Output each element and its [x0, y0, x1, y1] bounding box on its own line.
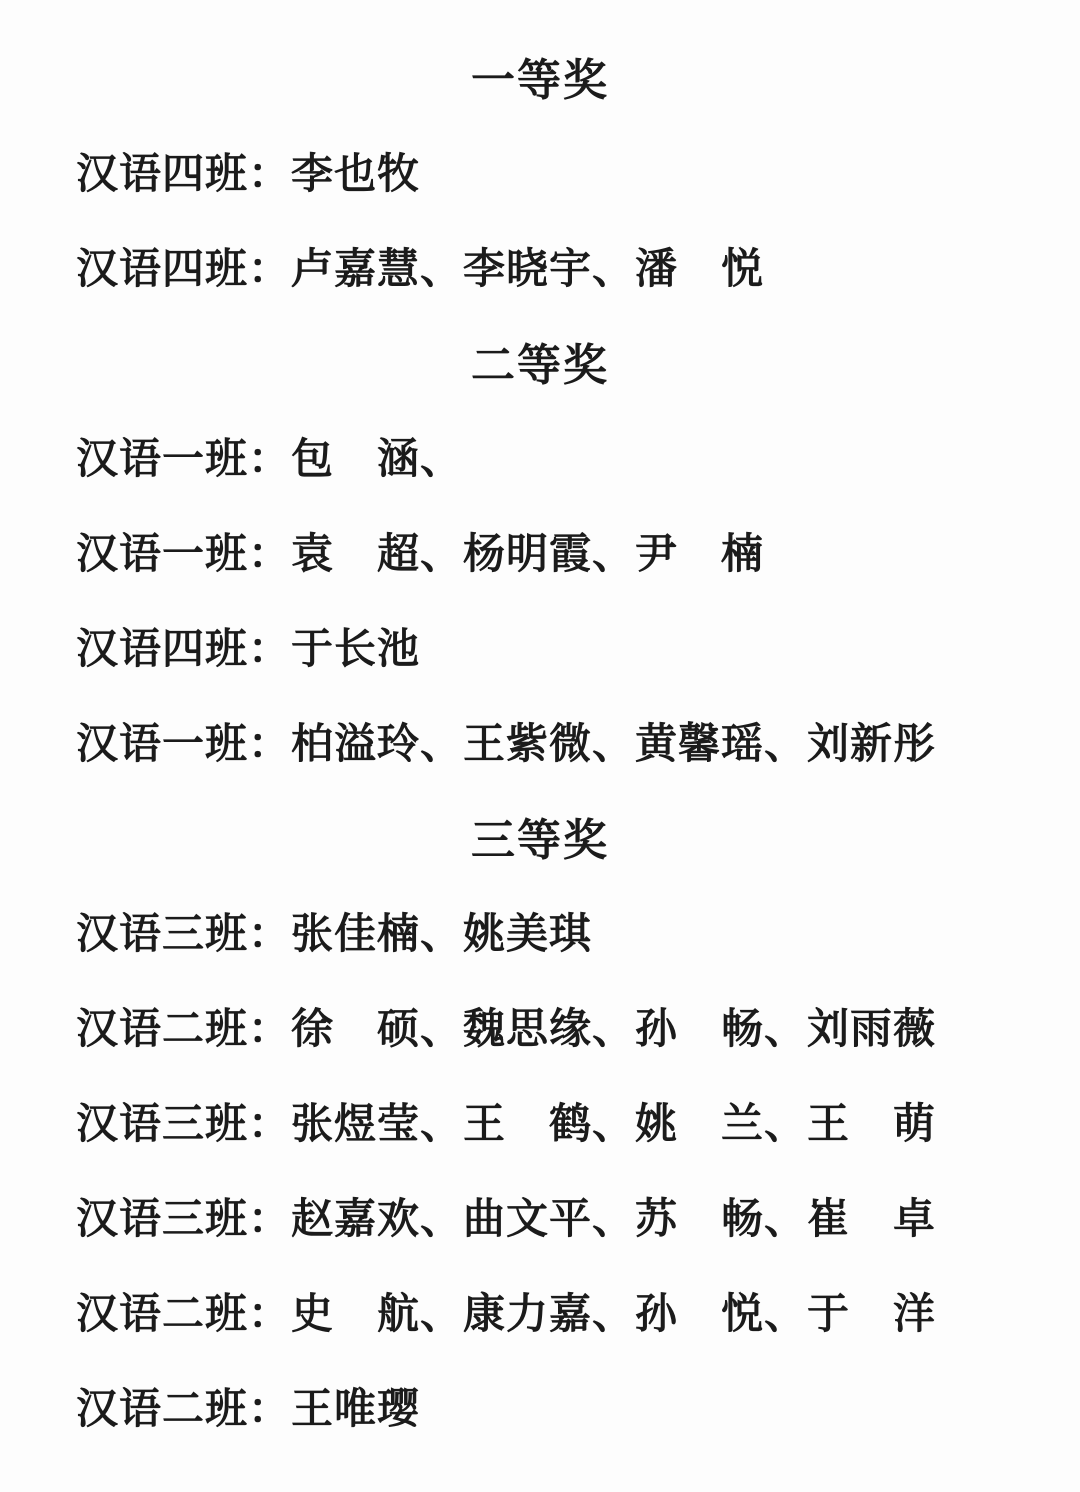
prize-heading-second: 二等奖: [0, 313, 1080, 408]
award-row: 汉语四班：卢嘉慧、李晓宇、潘 悦: [0, 218, 1080, 313]
prize-heading-third: 三等奖: [0, 788, 1080, 883]
award-row: 汉语三班：张煜莹、王 鹤、姚 兰、王 萌: [0, 1073, 1080, 1168]
award-row: 汉语一班：包 涵、: [0, 408, 1080, 503]
award-document: 一等奖 汉语四班：李也牧 汉语四班：卢嘉慧、李晓宇、潘 悦 二等奖 汉语一班：包…: [0, 0, 1080, 1492]
award-row: 汉语三班：赵嘉欢、曲文平、苏 畅、崔 卓: [0, 1168, 1080, 1263]
award-row: 汉语三班：张佳楠、姚美琪: [0, 883, 1080, 978]
award-row: 汉语二班：王唯璎: [0, 1358, 1080, 1453]
award-row: 汉语四班：于长池: [0, 598, 1080, 693]
prize-heading-first: 一等奖: [0, 28, 1080, 123]
award-row: 汉语一班：柏溢玲、王紫微、黄馨瑶、刘新彤: [0, 693, 1080, 788]
award-row: 汉语一班：袁 超、杨明霞、尹 楠: [0, 503, 1080, 598]
award-row: 汉语四班：李也牧: [0, 123, 1080, 218]
award-row: 汉语二班：史 航、康力嘉、孙 悦、于 洋: [0, 1263, 1080, 1358]
award-row: 汉语二班：徐 硕、魏思缘、孙 畅、刘雨薇: [0, 978, 1080, 1073]
